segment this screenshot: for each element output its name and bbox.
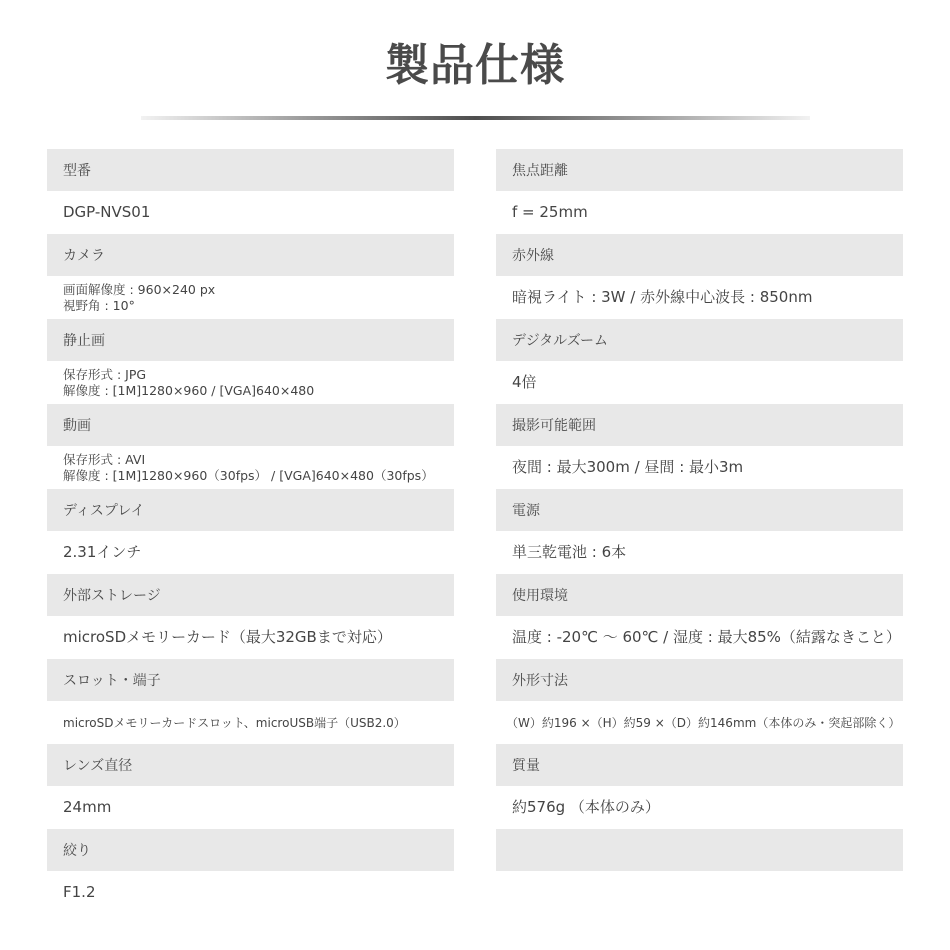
spec-label: 使用環境 [496, 574, 903, 616]
spec-still-image: 静止画 保存形式 : JPG 解像度 : [1M]1280×960 / [VGA… [47, 319, 454, 404]
spec-value: 保存形式 : JPG 解像度 : [1M]1280×960 / [VGA]640… [47, 361, 454, 404]
spec-value-line: 解像度 : [1M]1280×960（30fps） / [VGA]640×480… [63, 468, 454, 484]
spec-value: microSDメモリーカード（最大32GBまで対応） [47, 616, 454, 659]
spec-column-right: 焦点距離 f = 25mm 赤外線 暗視ライト : 3W / 赤外線中心波長 :… [496, 149, 903, 871]
spec-value: 保存形式 : AVI 解像度 : [1M]1280×960（30fps） / [… [47, 446, 454, 489]
spec-label: 絞り [47, 829, 454, 871]
spec-slot-terminal: スロット・端子 microSDメモリーカードスロット、microUSB端子（US… [47, 659, 454, 744]
spec-lens-diameter: レンズ直径 24mm [47, 744, 454, 829]
spec-value-line: 解像度 : [1M]1280×960 / [VGA]640×480 [63, 383, 454, 399]
spec-value-line: 保存形式 : AVI [63, 452, 454, 468]
spec-label-empty [496, 829, 903, 871]
spec-camera: カメラ 画面解像度 : 960×240 px 視野角 : 10° [47, 234, 454, 319]
title-divider [141, 116, 810, 120]
spec-value-line: （W）約196 ×（H）約59 ×（D）約146mm（本体のみ・突起部除く） [506, 715, 903, 731]
spec-value: 画面解像度 : 960×240 px 視野角 : 10° [47, 276, 454, 319]
spec-value-line: DGP-NVS01 [63, 204, 454, 221]
spec-value-line: 画面解像度 : 960×240 px [63, 282, 454, 298]
spec-column-left: 型番 DGP-NVS01 カメラ 画面解像度 : 960×240 px 視野角 … [47, 149, 454, 914]
spec-value-line: 暗視ライト : 3W / 赤外線中心波長 : 850nm [512, 289, 903, 306]
spec-label: 電源 [496, 489, 903, 531]
spec-label: ディスプレイ [47, 489, 454, 531]
spec-label: レンズ直径 [47, 744, 454, 786]
spec-value: 温度 : -20℃ ～ 60℃ / 湿度 : 最大85%（結露なきこと） [496, 616, 903, 659]
spec-aperture: 絞り F1.2 [47, 829, 454, 914]
spec-label: 質量 [496, 744, 903, 786]
spec-value-line: 単三乾電池 : 6本 [512, 544, 903, 561]
spec-label: 焦点距離 [496, 149, 903, 191]
spec-focal-length: 焦点距離 f = 25mm [496, 149, 903, 234]
spec-operating-environment: 使用環境 温度 : -20℃ ～ 60℃ / 湿度 : 最大85%（結露なきこと… [496, 574, 903, 659]
spec-digital-zoom: デジタルズーム 4倍 [496, 319, 903, 404]
spec-value: f = 25mm [496, 191, 903, 234]
spec-value: 暗視ライト : 3W / 赤外線中心波長 : 850nm [496, 276, 903, 319]
spec-label: カメラ [47, 234, 454, 276]
spec-value: microSDメモリーカードスロット、microUSB端子（USB2.0） [47, 701, 454, 744]
spec-value-line: 約576g （本体のみ） [512, 799, 903, 816]
spec-value-line: 4倍 [512, 374, 903, 391]
spec-label: 外部ストレージ [47, 574, 454, 616]
spec-label: 外形寸法 [496, 659, 903, 701]
spec-value: 2.31インチ [47, 531, 454, 574]
spec-label: デジタルズーム [496, 319, 903, 361]
spec-video: 動画 保存形式 : AVI 解像度 : [1M]1280×960（30fps） … [47, 404, 454, 489]
spec-value-line: f = 25mm [512, 204, 903, 221]
spec-value-line: 温度 : -20℃ ～ 60℃ / 湿度 : 最大85%（結露なきこと） [512, 629, 903, 646]
spec-label: 赤外線 [496, 234, 903, 276]
spec-display: ディスプレイ 2.31インチ [47, 489, 454, 574]
spec-shooting-range: 撮影可能範囲 夜間 : 最大300m / 昼間 : 最小3m [496, 404, 903, 489]
spec-value: 夜間 : 最大300m / 昼間 : 最小3m [496, 446, 903, 489]
spec-weight: 質量 約576g （本体のみ） [496, 744, 903, 829]
page-title: 製品仕様 [0, 36, 950, 96]
spec-value: F1.2 [47, 871, 454, 914]
spec-value: 24mm [47, 786, 454, 829]
spec-label: 型番 [47, 149, 454, 191]
spec-label: スロット・端子 [47, 659, 454, 701]
spec-dimensions: 外形寸法 （W）約196 ×（H）約59 ×（D）約146mm（本体のみ・突起部… [496, 659, 903, 744]
spec-value-line: 保存形式 : JPG [63, 367, 454, 383]
spec-value: DGP-NVS01 [47, 191, 454, 234]
spec-value: 4倍 [496, 361, 903, 404]
spec-value-line: microSDメモリーカードスロット、microUSB端子（USB2.0） [63, 715, 454, 731]
spec-value: 単三乾電池 : 6本 [496, 531, 903, 574]
spec-infrared: 赤外線 暗視ライト : 3W / 赤外線中心波長 : 850nm [496, 234, 903, 319]
spec-value-line: 視野角 : 10° [63, 298, 454, 314]
spec-label: 動画 [47, 404, 454, 446]
spec-model: 型番 DGP-NVS01 [47, 149, 454, 234]
spec-external-storage: 外部ストレージ microSDメモリーカード（最大32GBまで対応） [47, 574, 454, 659]
spec-value-line: microSDメモリーカード（最大32GBまで対応） [63, 629, 454, 646]
spec-value: 約576g （本体のみ） [496, 786, 903, 829]
spec-value-line: 24mm [63, 799, 454, 816]
spec-empty [496, 829, 903, 871]
spec-value-line: 夜間 : 最大300m / 昼間 : 最小3m [512, 459, 903, 476]
spec-label: 撮影可能範囲 [496, 404, 903, 446]
spec-value-line: F1.2 [63, 884, 454, 901]
spec-value-line: 2.31インチ [63, 544, 454, 561]
spec-power: 電源 単三乾電池 : 6本 [496, 489, 903, 574]
spec-value: （W）約196 ×（H）約59 ×（D）約146mm（本体のみ・突起部除く） [496, 701, 903, 744]
spec-label: 静止画 [47, 319, 454, 361]
